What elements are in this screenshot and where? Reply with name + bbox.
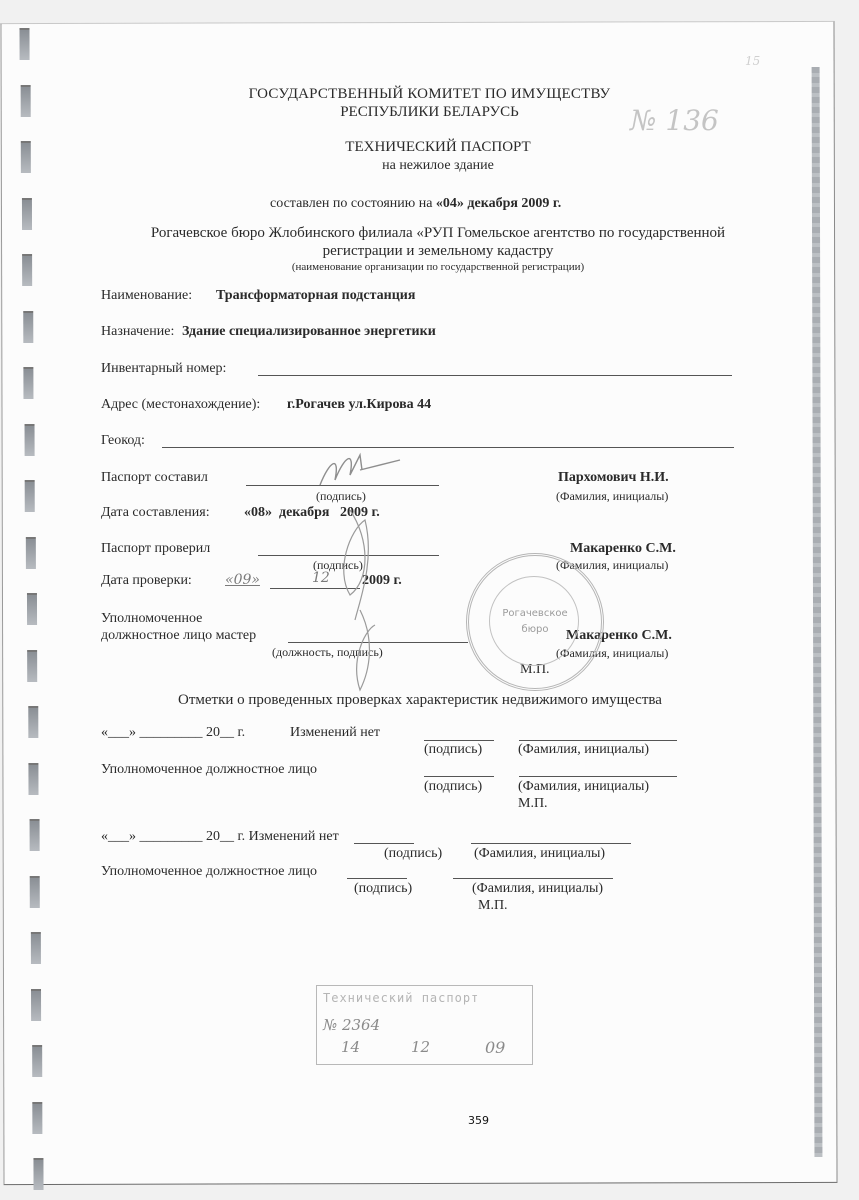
binding-hole <box>19 28 29 60</box>
compiled-name-caption: (Фамилия, инициалы) <box>556 489 668 504</box>
purpose-label: Назначение: <box>101 324 174 340</box>
checked-by-label: Паспорт проверил <box>101 541 210 557</box>
binding-hole <box>28 706 38 738</box>
document-title: ТЕХНИЧЕСКИЙ ПАСПОРТ <box>0 139 859 156</box>
status-prefix: составлен по состоянию на <box>270 196 432 211</box>
binding-hole <box>26 537 36 569</box>
checked-by-name: Макаренко С.М. <box>570 541 676 557</box>
authorized-label-line-1: Уполномоченное <box>101 611 202 627</box>
inspection-2-official-signature-caption: (подпись) <box>354 881 412 897</box>
check-date-day: «09» <box>225 572 260 588</box>
check-date-label: Дата проверки: <box>101 573 192 589</box>
seal-center-line-1: Рогачевское <box>469 608 601 619</box>
seal-center-line-2: бюро <box>469 624 601 635</box>
inspection-2-signature-line <box>354 843 414 844</box>
binding-holes <box>1 22 833 24</box>
registry-stamp-month: 12 <box>411 1038 430 1056</box>
registry-stamp: Технический паспорт № 2364 14 12 09 <box>316 985 533 1065</box>
inspection-1-name-line <box>519 740 677 741</box>
inspection-2-date: «___» _________ 20__ г. Изменений нет <box>101 829 339 845</box>
binding-hole <box>23 311 33 343</box>
inspection-1-official-signature-line <box>424 776 494 777</box>
inspection-2-name-caption: (Фамилия, инициалы) <box>474 846 605 862</box>
inspection-1-official-name-caption: (Фамилия, инициалы) <box>518 779 649 795</box>
binding-hole <box>29 819 39 851</box>
seal-inner-ring <box>489 576 579 666</box>
inspection-2-name-line <box>471 843 631 844</box>
name-value: Трансформаторная подстанция <box>216 288 415 304</box>
official-round-seal: Рогачевское бюро <box>466 553 604 691</box>
inspection-1-official: Уполномоченное должностное лицо <box>101 762 317 778</box>
compiled-by-name: Пархомович Н.И. <box>558 470 669 486</box>
registry-stamp-day: 14 <box>341 1038 360 1056</box>
checked-signature-icon <box>320 500 400 700</box>
binding-hole <box>32 1045 42 1077</box>
authorized-label-line-2: должностное лицо мастер <box>101 628 256 644</box>
inspection-2-official-name-line <box>453 878 613 879</box>
page-number: 359 <box>468 1114 489 1127</box>
binding-hole <box>24 367 34 399</box>
binding-hole <box>31 988 41 1020</box>
committee-line-2: РЕСПУБЛИКИ БЕЛАРУСЬ <box>0 104 859 121</box>
inspection-1-official-name-line <box>519 776 677 777</box>
inspection-2-signature-caption: (подпись) <box>384 846 442 862</box>
organization-line-2: регистрации и земельному кадастру <box>0 243 859 260</box>
status-line: составлен по состоянию на «04» декабря 2… <box>270 196 561 212</box>
geocode-field <box>162 447 734 448</box>
inventory-number-field <box>258 375 732 376</box>
name-label: Наименование: <box>101 288 192 304</box>
inspection-2-official-name-caption: (Фамилия, инициалы) <box>472 881 603 897</box>
corner-mark: 15 <box>745 54 760 68</box>
binding-hole <box>33 1158 43 1190</box>
compiled-signature-icon <box>300 450 410 490</box>
organization-line-1: Рогачевское бюро Жлобинского филиала «РУ… <box>0 225 859 242</box>
binding-hole <box>31 932 41 964</box>
inspection-1-signature-line <box>424 740 494 741</box>
document-subtitle: на нежилое здание <box>0 158 859 174</box>
purpose-value: Здание специализированное энергетики <box>182 324 436 340</box>
inspection-1-seal-label: М.П. <box>518 796 548 812</box>
address-label: Адрес (местонахождение): <box>101 397 260 413</box>
inspection-2-official-signature-line <box>347 878 407 879</box>
binding-hole <box>24 424 34 456</box>
inspection-1-signature-caption: (подпись) <box>424 742 482 758</box>
registry-stamp-title: Технический паспорт <box>323 991 479 1005</box>
binding-hole <box>30 875 40 907</box>
handwritten-corner-note: № 136 <box>630 104 719 137</box>
address-value: г.Рогачев ул.Кирова 44 <box>287 397 431 413</box>
inspection-1-official-signature-caption: (подпись) <box>424 779 482 795</box>
organization-caption: (наименование организации по государстве… <box>0 261 859 273</box>
committee-line-1: ГОСУДАРСТВЕННЫЙ КОМИТЕТ ПО ИМУЩЕСТВУ <box>0 86 859 103</box>
binding-hole <box>26 593 36 625</box>
inventory-label: Инвентарный номер: <box>101 361 226 377</box>
binding-hole <box>33 1101 43 1133</box>
inspection-1-no-changes: Изменений нет <box>290 725 380 741</box>
status-date: «04» декабря 2009 г. <box>436 196 561 211</box>
inspection-1-date: «___» _________ 20__ г. <box>101 725 245 741</box>
registry-stamp-number: № 2364 <box>323 1016 380 1034</box>
compiled-by-label: Паспорт составил <box>101 470 208 486</box>
binding-hole <box>27 649 37 681</box>
inspection-1-name-caption: (Фамилия, инициалы) <box>518 742 649 758</box>
binding-hole <box>29 762 39 794</box>
inspections-title: Отметки о проведенных проверках характер… <box>178 692 662 709</box>
binding-hole <box>25 480 35 512</box>
geocode-label: Геокод: <box>101 433 145 449</box>
inspection-2-seal-label: М.П. <box>478 898 508 914</box>
registry-stamp-year: 09 <box>485 1038 505 1057</box>
inspection-2-official: Уполномоченное должностное лицо <box>101 864 317 880</box>
compiled-date-label: Дата составления: <box>101 505 210 521</box>
